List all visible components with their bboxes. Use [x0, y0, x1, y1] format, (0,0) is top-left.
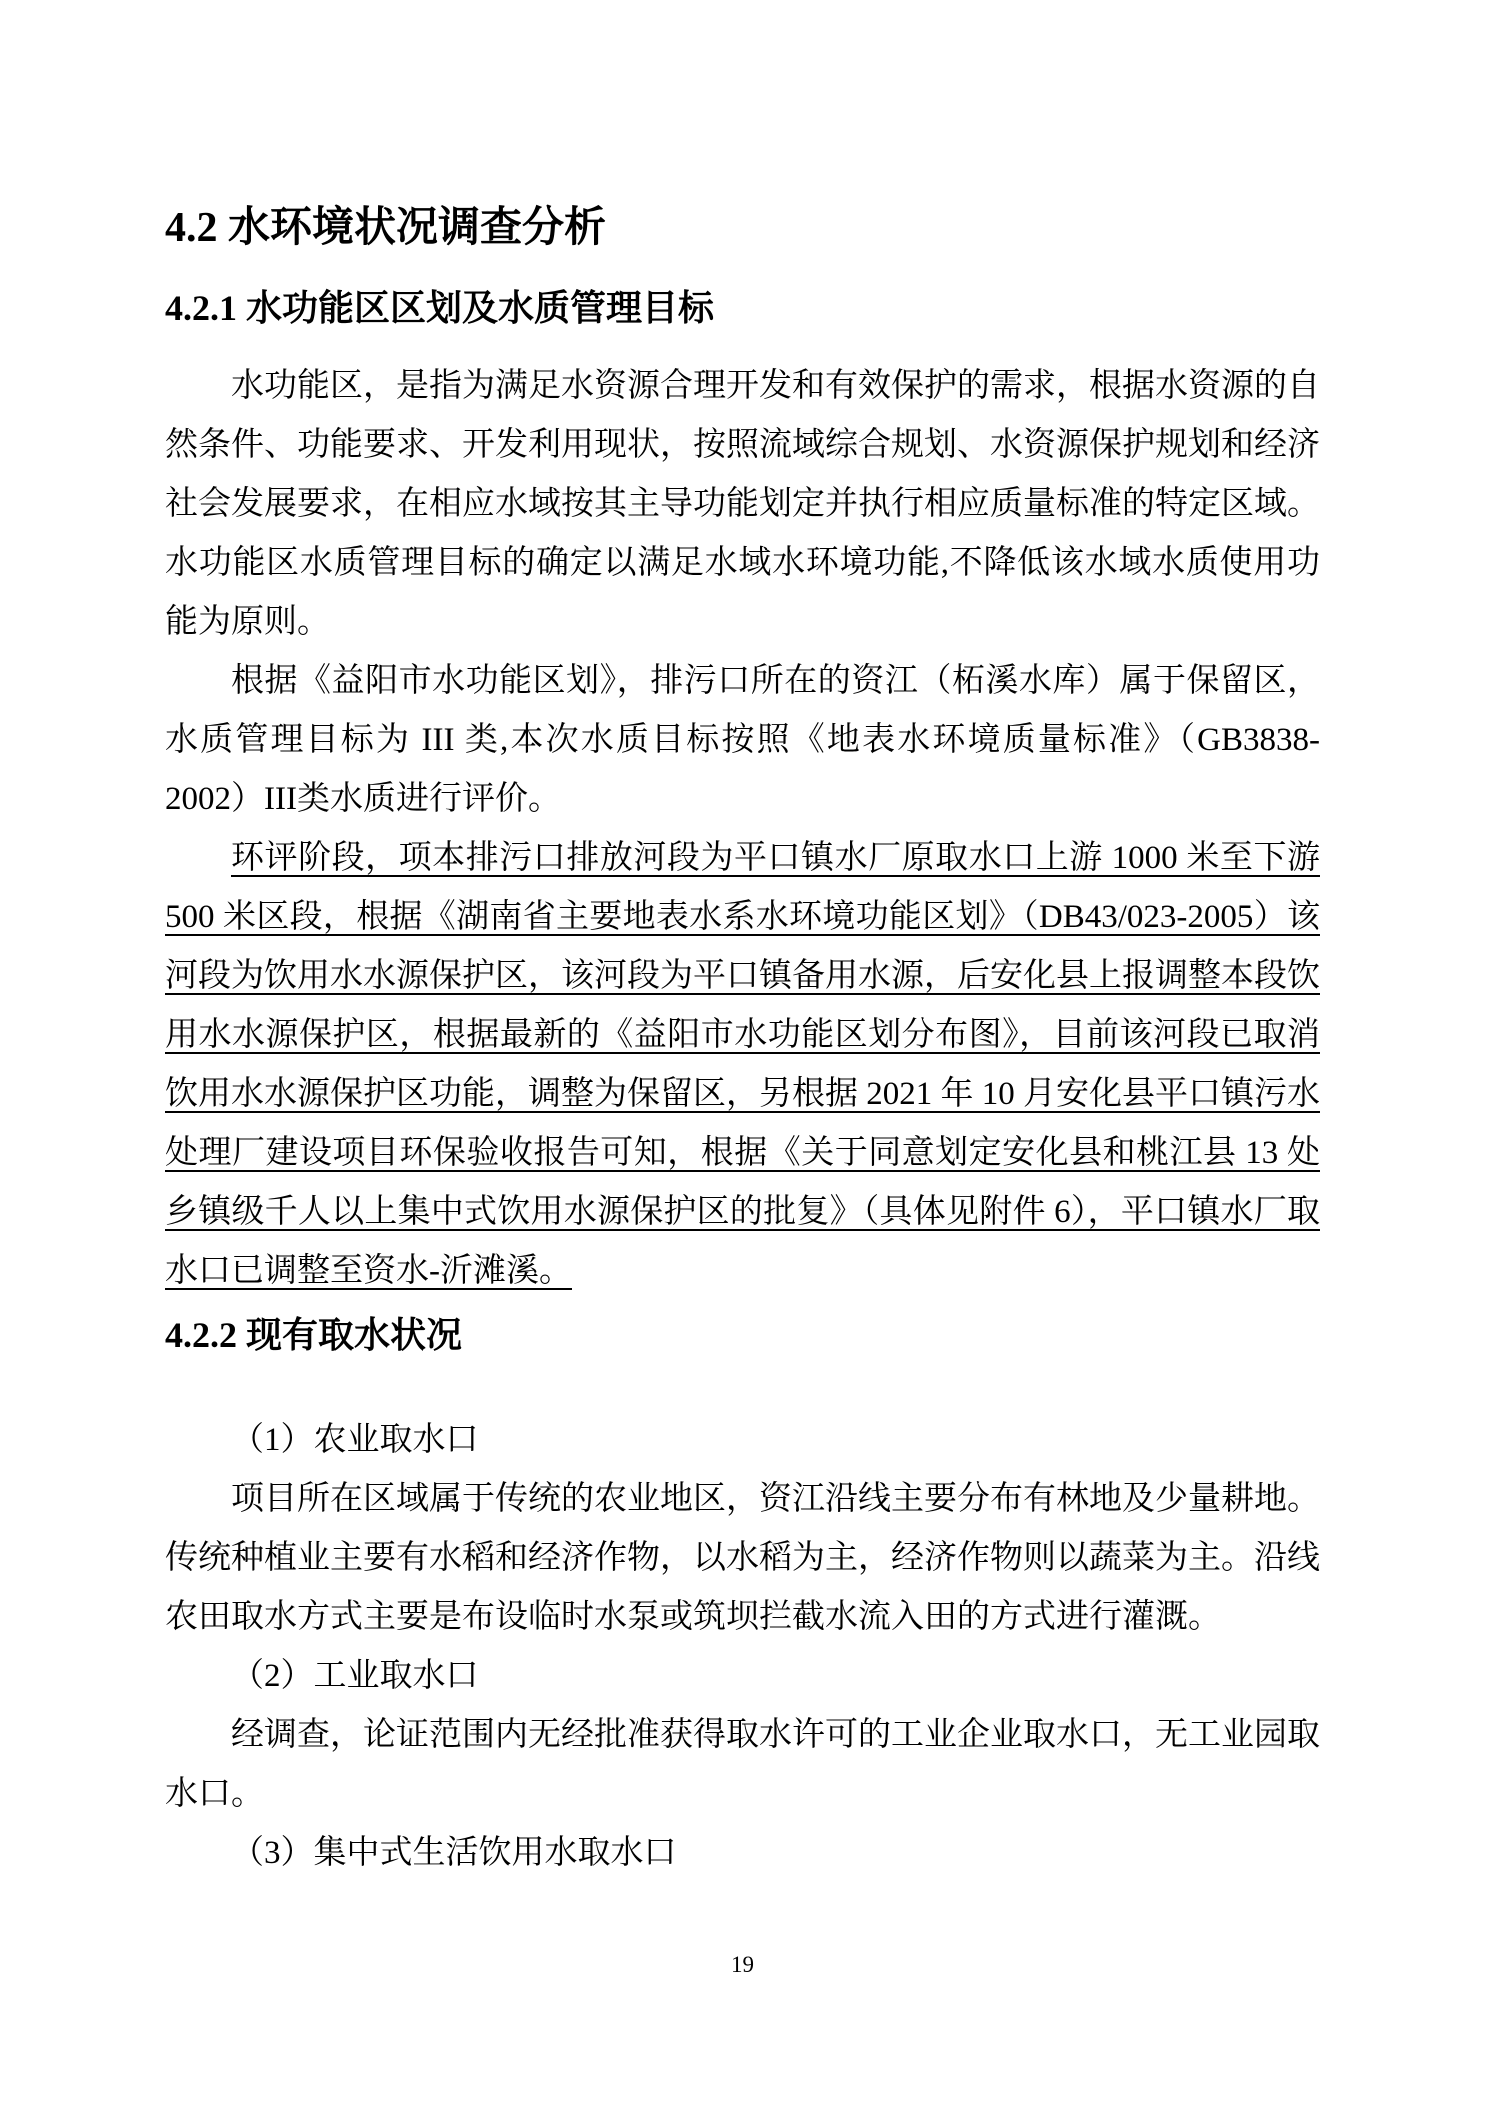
heading-section-4-2-1: 4.2.1 水功能区区划及水质管理目标 — [165, 286, 1320, 331]
list-item-drinking-water-intake: （3）集中式生活饮用水取水口 — [165, 1824, 1320, 1883]
paragraph-eia-stage-underlined: 环评阶段，项本排污口排放河段为平口镇水厂原取水口上游 1000 米至下游 500… — [165, 829, 1320, 1301]
heading-section-4-2-2: 4.2.2 现有取水状况 — [165, 1313, 1320, 1358]
list-item-agriculture-intake: （1）农业取水口 — [165, 1411, 1320, 1470]
paragraph-yiyang-water-zoning: 根据《益阳市水功能区划》，排污口所在的资江（柘溪水库）属于保留区，水质管理目标为… — [165, 652, 1320, 829]
paragraph-industry-intake: 经调查，论证范围内无经批准获得取水许可的工业企业取水口，无工业园取水口。 — [165, 1706, 1320, 1824]
paragraph-agriculture-intake: 项目所在区域属于传统的农业地区，资江沿线主要分布有林地及少量耕地。传统种植业主要… — [165, 1470, 1320, 1647]
paragraph-water-function-definition: 水功能区，是指为满足水资源合理开发和有效保护的需求，根据水资源的自然条件、功能要… — [165, 357, 1320, 652]
page-number: 19 — [165, 1951, 1320, 1979]
heading-section-4-2: 4.2 水环境状况调查分析 — [165, 202, 1320, 255]
list-item-industry-intake: （2）工业取水口 — [165, 1647, 1320, 1706]
document-page: 4.2 水环境状况调查分析 4.2.1 水功能区区划及水质管理目标 水功能区，是… — [0, 0, 1488, 2104]
